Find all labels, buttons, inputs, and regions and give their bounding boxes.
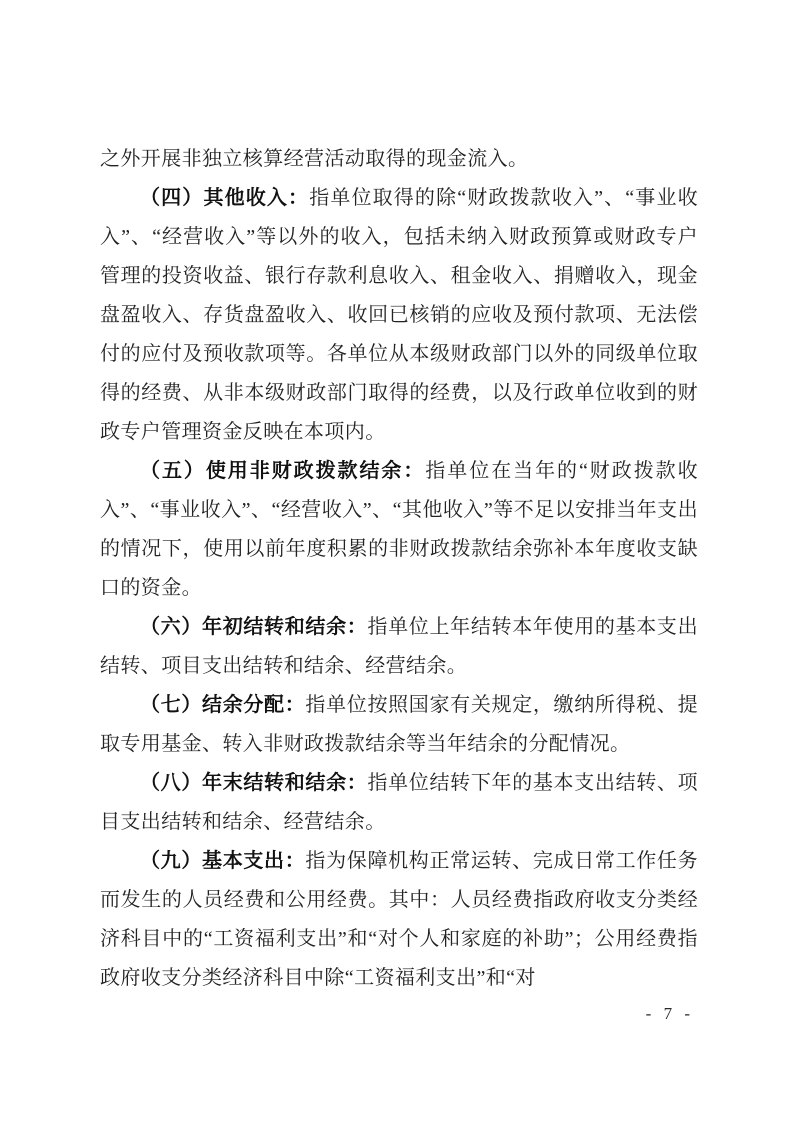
paragraph-item-6-beginning-carryover: （六）年初结转和结余：指单位上年结转本年使用的基本支出结转、项目支出结转和结余、… bbox=[100, 608, 698, 686]
paragraph-text: 指单位取得的除“财政拨款收入”、“事业收入”、“经营收入”等以外的收入，包括未纳… bbox=[100, 187, 698, 443]
paragraph-lead: （六）年初结转和结余： bbox=[140, 616, 367, 638]
paragraph-item-9-basic-expenditure: （九）基本支出：指为保障机构正常运转、完成日常工作任务而发生的人员经费和公用经费… bbox=[100, 842, 698, 998]
paragraph-continuation: 之外开展非独立核算经营活动取得的现金流入。 bbox=[100, 140, 698, 179]
page-body-text: 之外开展非独立核算经营活动取得的现金流入。 （四）其他收入：指单位取得的除“财政… bbox=[100, 140, 698, 998]
paragraph-item-8-yearend-carryover: （八）年末结转和结余：指单位结转下年的基本支出结转、项目支出结转和结余、经营结余… bbox=[100, 764, 698, 842]
paragraph-item-7-surplus-distribution: （七）结余分配：指单位按照国家有关规定，缴纳所得税、提取专用基金、转入非财政拨款… bbox=[100, 686, 698, 764]
page-number: - 7 - bbox=[646, 1004, 694, 1024]
paragraph-item-5-nonfiscal-surplus: （五）使用非财政拨款结余：指单位在当年的“财政拨款收入”、“事业收入”、“经营收… bbox=[100, 452, 698, 608]
paragraph-lead: （八）年末结转和结余： bbox=[140, 772, 367, 794]
paragraph-item-4-other-income: （四）其他收入：指单位取得的除“财政拨款收入”、“事业收入”、“经营收入”等以外… bbox=[100, 179, 698, 452]
paragraph-lead: （九）基本支出： bbox=[140, 850, 305, 872]
paragraph-lead: （七）结余分配： bbox=[140, 694, 305, 716]
paragraph-text: 之外开展非独立核算经营活动取得的现金流入。 bbox=[100, 148, 528, 170]
paragraph-lead: （四）其他收入： bbox=[140, 187, 309, 209]
paragraph-lead: （五）使用非财政拨款结余： bbox=[140, 460, 425, 482]
document-page: 之外开展非独立核算经营活动取得的现金流入。 （四）其他收入：指单位取得的除“财政… bbox=[0, 0, 793, 1122]
